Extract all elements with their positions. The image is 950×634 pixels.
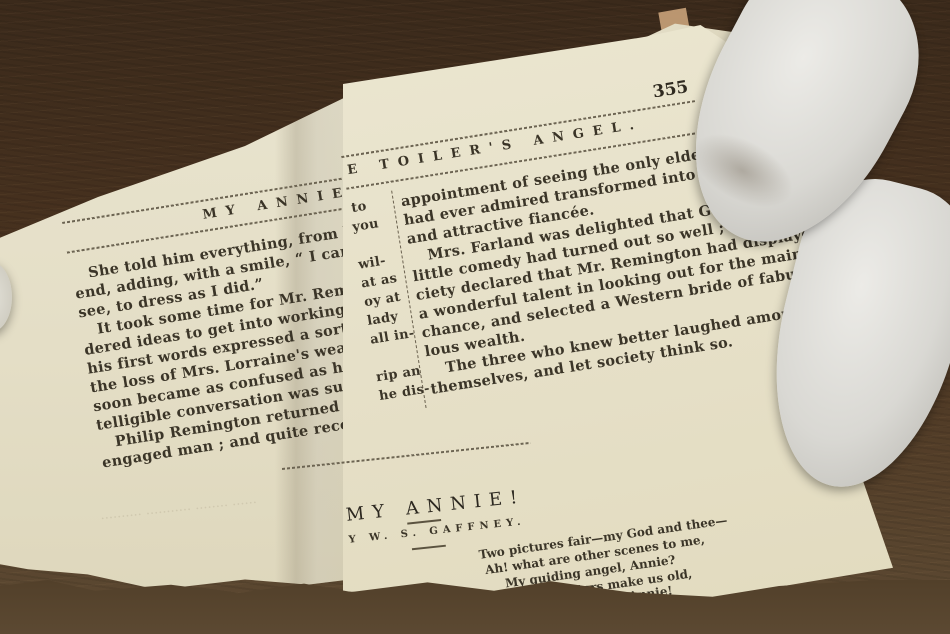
fragment-word: to xyxy=(350,199,367,216)
